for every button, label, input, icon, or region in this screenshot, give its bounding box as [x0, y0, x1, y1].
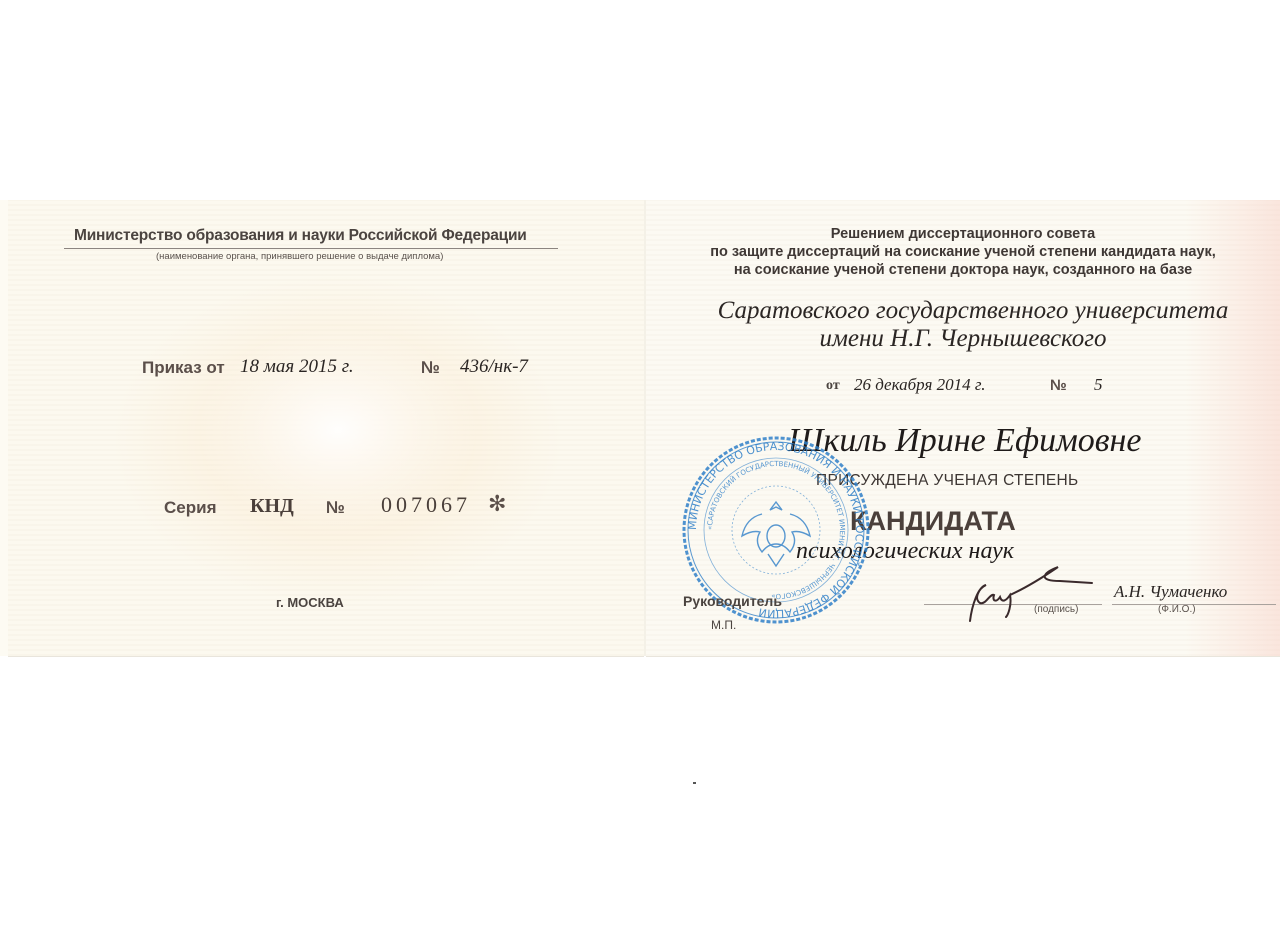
council-date-label: от: [826, 378, 840, 394]
scan-speck: [693, 782, 696, 784]
right-page: Решением диссертационного совета по защи…: [646, 200, 1280, 657]
university-name: имени Н.Г. Чернышевского: [646, 326, 1280, 352]
series-number-sign: №: [326, 498, 345, 518]
asterisk-icon: ✻: [488, 492, 506, 517]
seal-place-label: М.П.: [711, 618, 736, 632]
ministry-name: Министерство образования и науки Российс…: [74, 227, 527, 245]
diploma-document: Министерство образования и науки Российс…: [0, 200, 1280, 656]
head-full-name: А.Н. Чумаченко: [1114, 582, 1227, 602]
city: г. МОСКВА: [276, 595, 344, 610]
order-date: 18 мая 2015 г.: [240, 356, 354, 378]
council-number: 5: [1094, 375, 1103, 395]
svg-text:«САРАТОВСКИЙ ГОСУДАРСТВЕННЫЙ У: «САРАТОВСКИЙ ГОСУДАРСТВЕННЫЙ УНИВЕРСИТЕТ…: [706, 460, 846, 600]
series-value: КНД: [250, 495, 294, 518]
council-line: на соискание ученой степени доктора наук…: [646, 262, 1280, 278]
stamp-inner-text: «САРАТОВСКИЙ ГОСУДАРСТВЕННЫЙ УНИВЕРСИТЕТ…: [706, 460, 846, 600]
order-number-sign: №: [421, 358, 440, 378]
degree-title: КАНДИДАТА: [850, 506, 1016, 537]
council-line: по защите диссертаций на соискание учено…: [646, 244, 1280, 260]
council-date: 26 декабря 2014 г.: [854, 375, 986, 395]
head-label: Руководитель: [683, 593, 782, 609]
university-name: Саратовского государственного университе…: [656, 298, 1280, 324]
series-number: 007067: [381, 492, 471, 518]
ministry-underline: [64, 248, 558, 249]
council-number-sign: №: [1050, 377, 1067, 394]
order-label: Приказ от: [142, 358, 225, 378]
ministry-caption: (наименование органа, принявшего решение…: [156, 251, 443, 262]
order-number: 436/нк-7: [460, 356, 528, 378]
signature-caption: (подпись): [1034, 604, 1078, 615]
name-caption: (Ф.И.О.): [1158, 604, 1196, 615]
council-line: Решением диссертационного совета: [646, 226, 1280, 242]
series-label: Серия: [164, 498, 217, 518]
left-page: Министерство образования и науки Российс…: [8, 200, 644, 657]
signature-icon: [942, 565, 1102, 625]
